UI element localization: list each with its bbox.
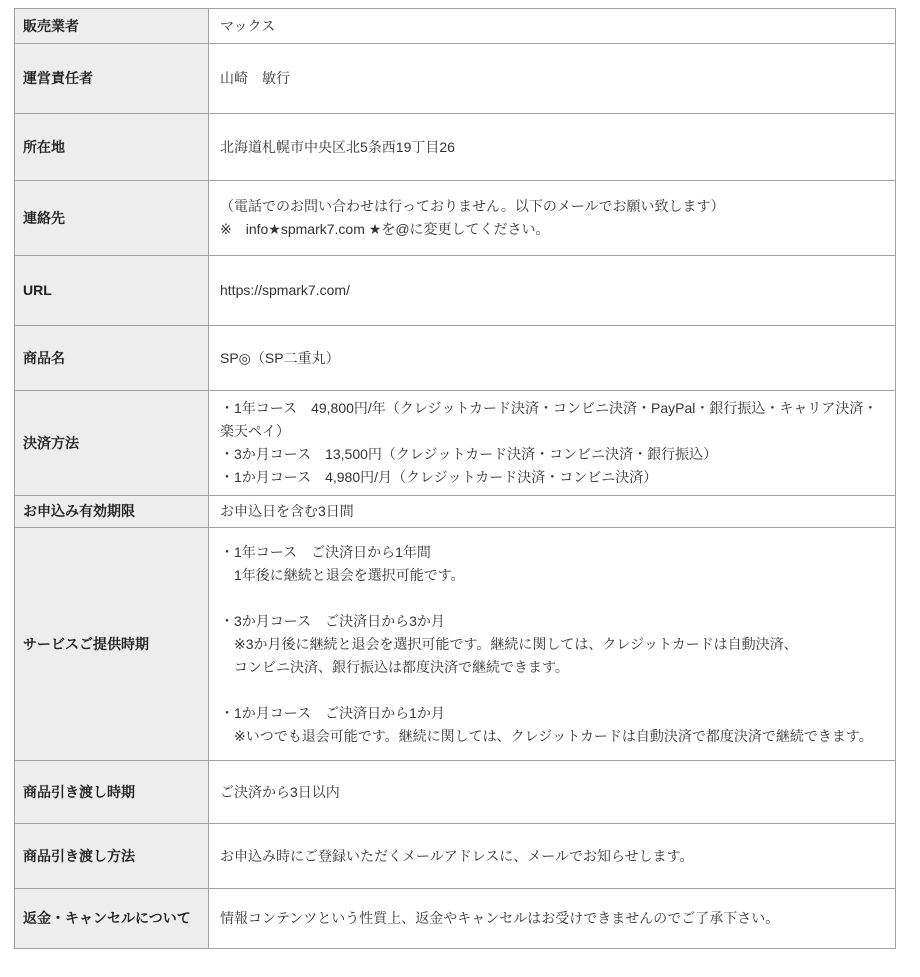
row-label: 販売業者 <box>15 9 209 44</box>
value-line: ・3か月コース ご決済日から3か月 <box>220 610 884 633</box>
value-line: 1年後に継続と退会を選択可能です。 <box>220 564 884 587</box>
value-line: ご決済から3日以内 <box>220 781 884 804</box>
value-line: SP◎（SP二重丸） <box>220 347 884 370</box>
row-value: マックス <box>209 9 896 44</box>
row-label: 商品引き渡し時期 <box>15 761 209 824</box>
row-label: お申込み有効期限 <box>15 496 209 528</box>
row-value: 情報コンテンツという性質上、返金やキャンセルはお受けできませんのでご了承下さい。 <box>209 889 896 949</box>
table-row-address: 所在地 北海道札幌市中央区北5条西19丁目26 <box>15 114 896 181</box>
value-line: https://spmark7.com/ <box>220 279 884 302</box>
row-value: ・1年コース ご決済日から1年間 1年後に継続と退会を選択可能です。 ・3か月コ… <box>209 528 896 761</box>
value-line: ・1年コース 49,800円/年（クレジットカード決済・コンビニ決済・PayPa… <box>220 397 884 443</box>
row-value: ・1年コース 49,800円/年（クレジットカード決済・コンビニ決済・PayPa… <box>209 391 896 496</box>
value-line: ・3か月コース 13,500円（クレジットカード決済・コンビニ決済・銀行振込） <box>220 443 884 466</box>
value-line: ・1か月コース 4,980円/月（クレジットカード決済・コンビニ決済） <box>220 466 884 489</box>
table-row-payment-methods: 決済方法 ・1年コース 49,800円/年（クレジットカード決済・コンビニ決済・… <box>15 391 896 496</box>
table-row-service-period: サービスご提供時期 ・1年コース ご決済日から1年間 1年後に継続と退会を選択可… <box>15 528 896 761</box>
row-label: 所在地 <box>15 114 209 181</box>
value-line: ※いつでも退会可能です。継続に関しては、クレジットカードは自動決済で都度決済で継… <box>220 725 884 748</box>
row-value: ご決済から3日以内 <box>209 761 896 824</box>
value-line <box>220 587 884 610</box>
row-value: 北海道札幌市中央区北5条西19丁目26 <box>209 114 896 181</box>
value-line: 山崎 敏行 <box>220 67 884 90</box>
row-value: お申込み時にご登録いただくメールアドレスに、メールでお知らせします。 <box>209 824 896 889</box>
row-label: サービスご提供時期 <box>15 528 209 761</box>
table-row-refund-policy: 返金・キャンセルについて 情報コンテンツという性質上、返金やキャンセルはお受けで… <box>15 889 896 949</box>
row-value: https://spmark7.com/ <box>209 256 896 326</box>
value-line <box>220 679 884 702</box>
value-line: ・1年コース ご決済日から1年間 <box>220 541 884 564</box>
row-label: 返金・キャンセルについて <box>15 889 209 949</box>
table-row-delivery-time: 商品引き渡し時期 ご決済から3日以内 <box>15 761 896 824</box>
value-line: お申込み時にご登録いただくメールアドレスに、メールでお知らせします。 <box>220 845 884 868</box>
table-row-application-validity: お申込み有効期限 お申込日を含む3日間 <box>15 496 896 528</box>
row-value: SP◎（SP二重丸） <box>209 326 896 391</box>
table-row-delivery-method: 商品引き渡し方法 お申込み時にご登録いただくメールアドレスに、メールでお知らせし… <box>15 824 896 889</box>
table-row-operations-manager: 運営責任者 山崎 敏行 <box>15 44 896 114</box>
value-line: 情報コンテンツという性質上、返金やキャンセルはお受けできませんのでご了承下さい。 <box>220 907 884 930</box>
value-line: （電話でのお問い合わせは行っておりません。以下のメールでお願い致します） <box>220 195 884 218</box>
table-row-url: URL https://spmark7.com/ <box>15 256 896 326</box>
row-label: URL <box>15 256 209 326</box>
value-line: ※3か月後に継続と退会を選択可能です。継続に関しては、クレジットカードは自動決済… <box>220 633 884 656</box>
page-container: 販売業者 マックス 運営責任者 山崎 敏行 所在地 北海道札幌市中央区北5条西1… <box>0 0 920 949</box>
row-value: （電話でのお問い合わせは行っておりません。以下のメールでお願い致します） ※ i… <box>209 181 896 256</box>
value-line: お申込日を含む3日間 <box>220 500 884 523</box>
row-label: 決済方法 <box>15 391 209 496</box>
value-line: ※ info★spmark7.com ★を@に変更してください。 <box>220 218 884 241</box>
value-line: 北海道札幌市中央区北5条西19丁目26 <box>220 136 884 159</box>
row-value: お申込日を含む3日間 <box>209 496 896 528</box>
value-line: コンビニ決済、銀行振込は都度決済で継続できます。 <box>220 656 884 679</box>
row-label: 連絡先 <box>15 181 209 256</box>
row-label: 運営責任者 <box>15 44 209 114</box>
row-value: 山崎 敏行 <box>209 44 896 114</box>
table-row-contact: 連絡先 （電話でのお問い合わせは行っておりません。以下のメールでお願い致します）… <box>15 181 896 256</box>
row-label: 商品名 <box>15 326 209 391</box>
value-line: マックス <box>220 15 884 38</box>
table-row-product-name: 商品名 SP◎（SP二重丸） <box>15 326 896 391</box>
table-row-seller: 販売業者 マックス <box>15 9 896 44</box>
commercial-transactions-table: 販売業者 マックス 運営責任者 山崎 敏行 所在地 北海道札幌市中央区北5条西1… <box>14 8 896 949</box>
value-line: ・1か月コース ご決済日から1か月 <box>220 702 884 725</box>
row-label: 商品引き渡し方法 <box>15 824 209 889</box>
